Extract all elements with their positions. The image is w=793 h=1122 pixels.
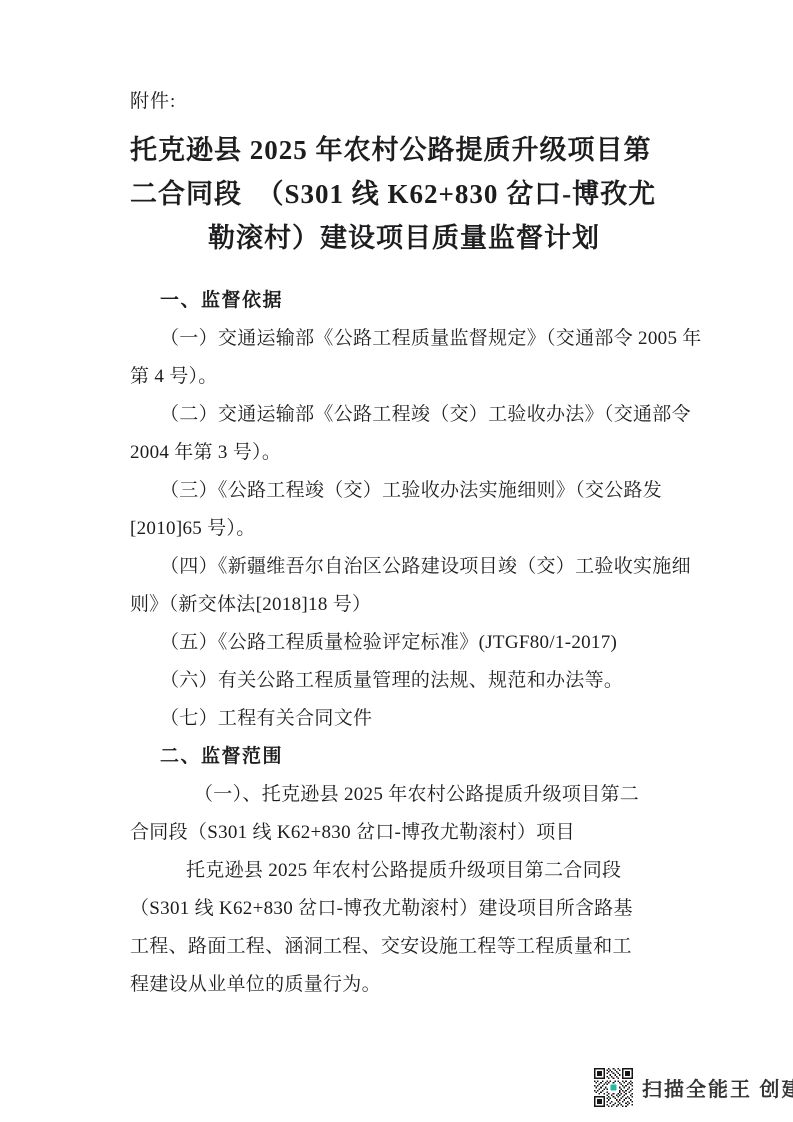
body-text-line: （二）交通运输部《公路工程竣（交）工验收办法》（交通部令: [130, 396, 678, 434]
body-text-line: （S301 线 K62+830 岔口-博孜尤勒滚村）建设项目所含路基: [130, 890, 678, 928]
document-content: 附件: 托克逊县 2025 年农村公路提质升级项目第 二合同段 （S301 线 …: [130, 88, 678, 1004]
body-text-line: （五）《公路工程质量检验评定标准》(JTGF80/1-2017): [130, 624, 678, 662]
document-body: 一、监督依据 （一）交通运输部《公路工程质量监督规定》（交通部令 2005 年 …: [130, 282, 678, 1004]
scanner-note: 扫描全能王 创建: [642, 1073, 793, 1102]
body-text-line: （三）《公路工程竣（交）工验收办法实施细则》（交公路发: [130, 472, 678, 510]
attachment-label: 附件:: [130, 88, 678, 116]
body-text-line: 第 4 号）。: [130, 358, 678, 396]
section-heading-supervision-basis: 一、监督依据: [130, 282, 678, 320]
document-title: 托克逊县 2025 年农村公路提质升级项目第 二合同段 （S301 线 K62+…: [130, 128, 678, 260]
body-text-line: 程建设从业单位的质量行为。: [130, 966, 678, 1004]
body-text-line: （四）《新疆维吾尔自治区公路建设项目竣（交）工验收实施细: [130, 548, 678, 586]
body-text-line: 托克逊县 2025 年农村公路提质升级项目第二合同段: [130, 852, 678, 890]
body-text-line: （七）工程有关合同文件: [130, 700, 678, 738]
body-text-line: 2004 年第 3 号）。: [130, 434, 678, 472]
document-page: 附件: 托克逊县 2025 年农村公路提质升级项目第 二合同段 （S301 线 …: [0, 0, 793, 1122]
title-line-2: 二合同段 （S301 线 K62+830 岔口-博孜尤: [130, 172, 678, 216]
body-text-line: 工程、路面工程、涵洞工程、交安设施工程等工程质量和工: [130, 928, 678, 966]
body-text-line: 合同段（S301 线 K62+830 岔口-博孜尤勒滚村）项目: [130, 814, 678, 852]
scanner-watermark: 扫描全能王 创建: [594, 1068, 793, 1107]
title-line-3: 勒滚村）建设项目质量监督计划: [130, 216, 678, 260]
body-text-line: （六）有关公路工程质量管理的法规、规范和办法等。: [130, 662, 678, 700]
body-text-line: （一）、托克逊县 2025 年农村公路提质升级项目第二: [130, 776, 678, 814]
qr-code-icon: [594, 1068, 633, 1107]
body-text-line: 则》（新交体法[2018]18 号）: [130, 586, 678, 624]
title-line-1: 托克逊县 2025 年农村公路提质升级项目第: [130, 128, 678, 172]
body-text-line: [2010]65 号）。: [130, 510, 678, 548]
body-text-line: （一）交通运输部《公路工程质量监督规定》（交通部令 2005 年: [130, 320, 678, 358]
section-heading-supervision-scope: 二、监督范围: [130, 738, 678, 776]
